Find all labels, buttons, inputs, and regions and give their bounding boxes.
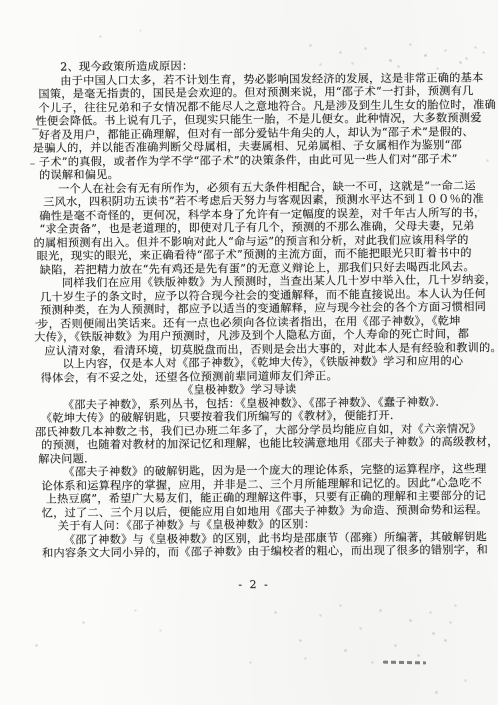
margin-stray-mark — [30, 163, 35, 165]
scanned-page: 2、现今政策所造成原因：由于中国人口太多，若不计划生育，势必影响国发经济的发展，… — [0, 0, 498, 705]
page-text-block: 2、现今政策所造成原因：由于中国人口太多，若不计划生育，势必影响国发经济的发展，… — [38, 57, 472, 560]
page-number: - 2 - — [40, 578, 468, 591]
text-line: 和内容条文大同小异的，而《邵子神数》由于编校者的粗心，而出现了很多的错别字，和 — [42, 543, 472, 560]
scan-smudge-mark — [383, 661, 426, 665]
scan-noise-speckles — [0, 0, 1, 1]
